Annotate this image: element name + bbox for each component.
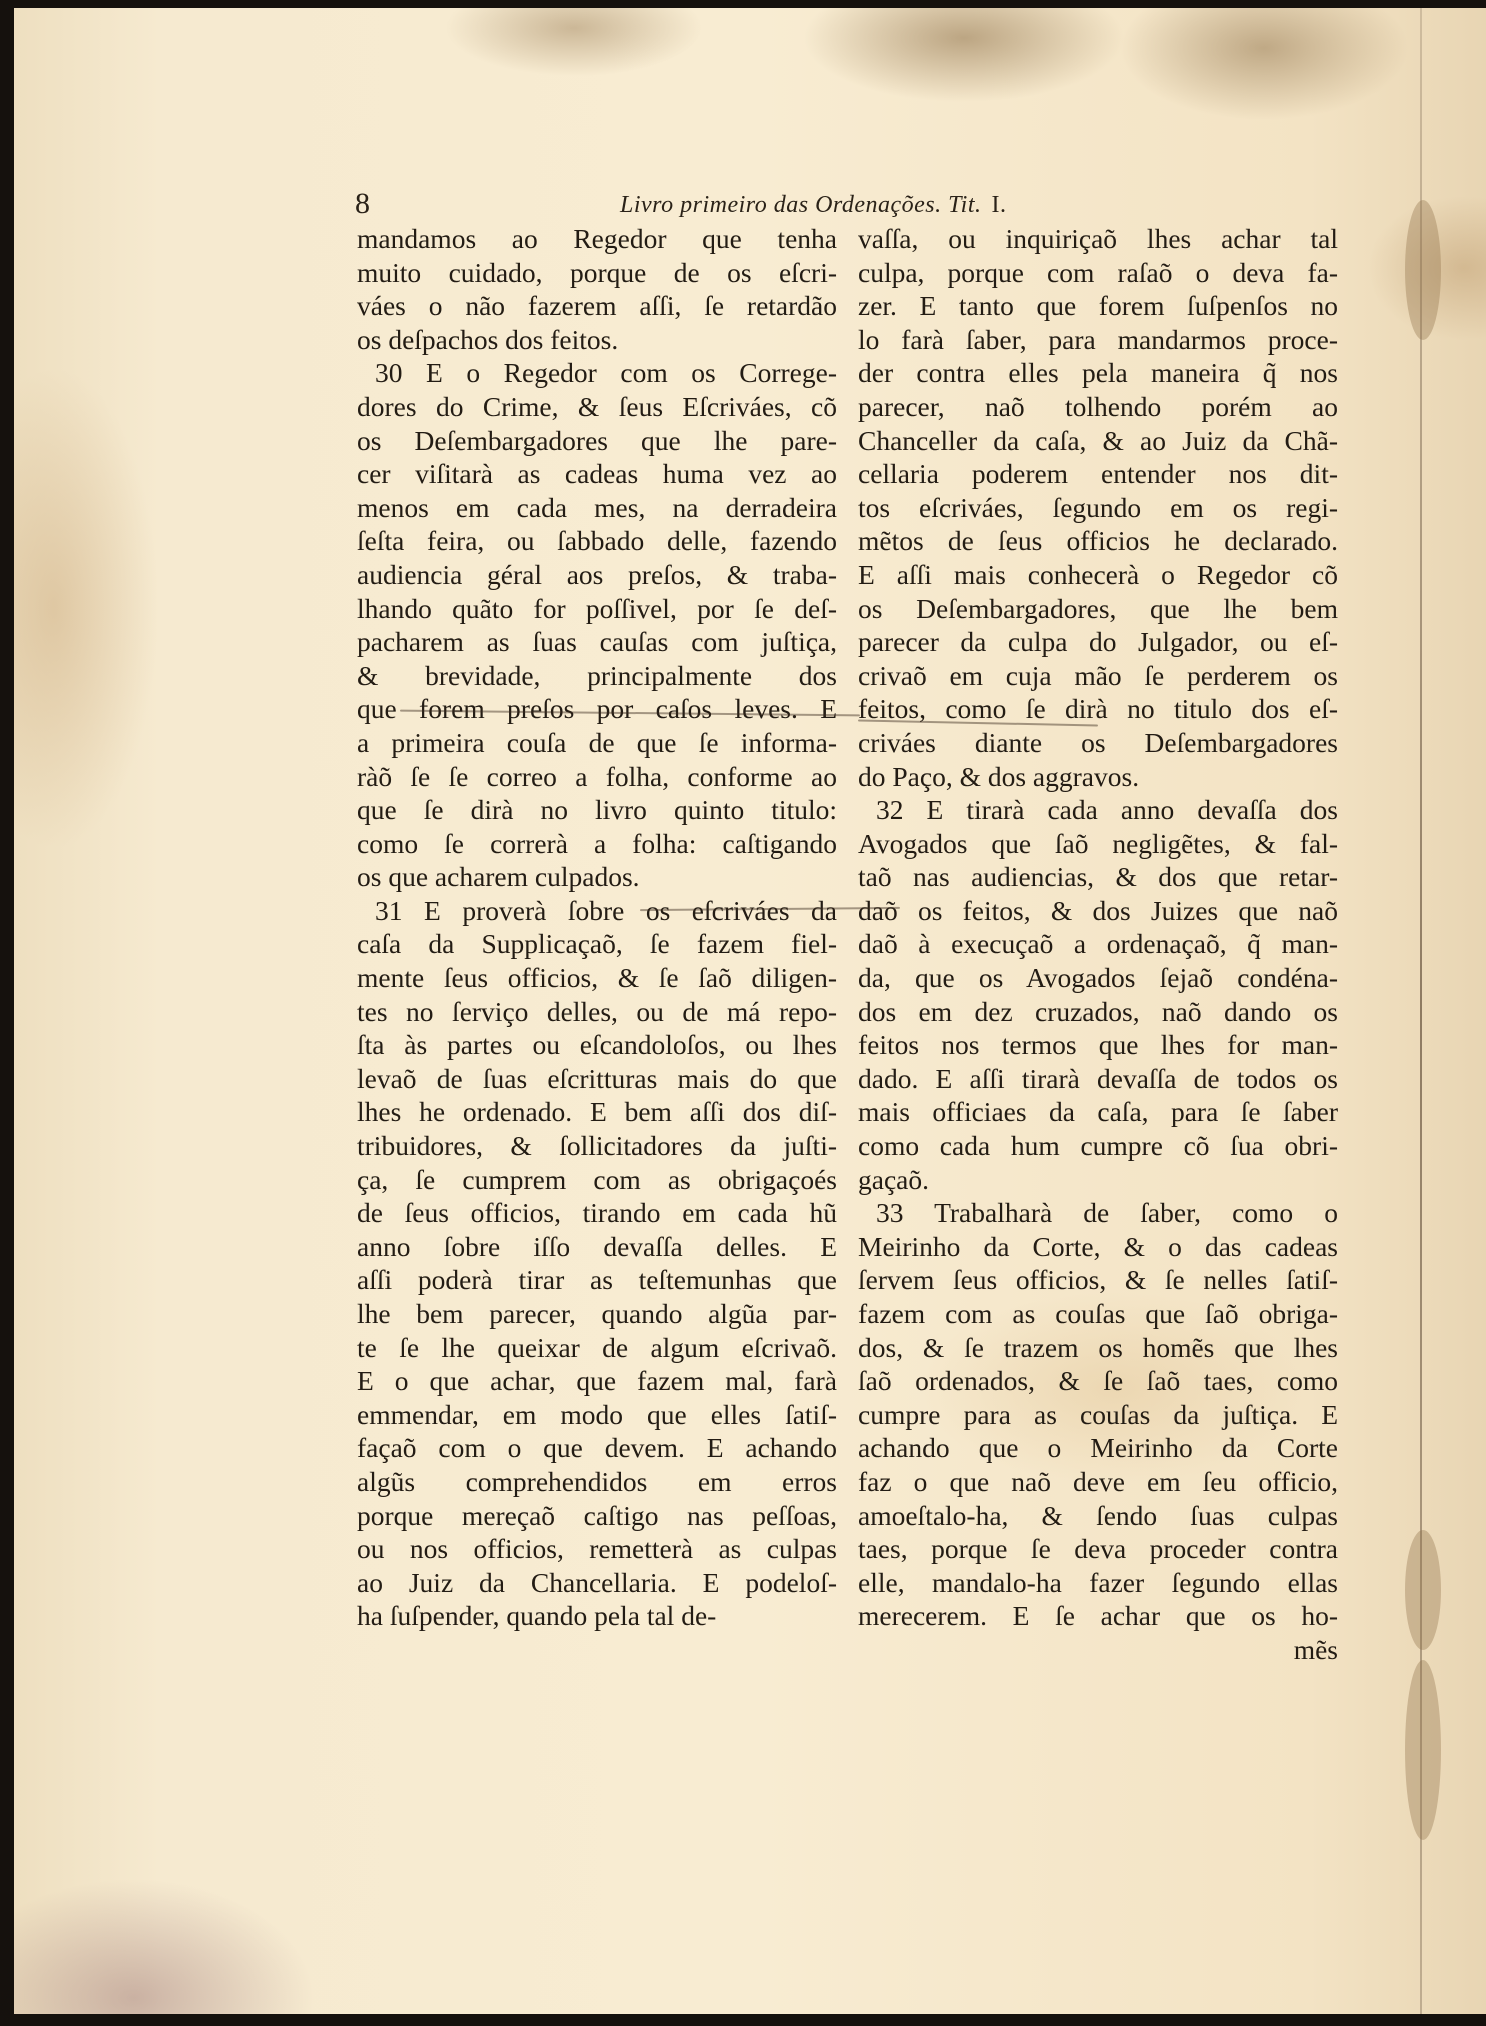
text-line: & brevidade, principalmente dos bbox=[357, 659, 837, 693]
water-stain bbox=[1405, 1530, 1441, 1650]
text-line: aſſi poderà tirar as teſtemunhas que bbox=[357, 1263, 837, 1297]
text-line: 33 Trabalharà de ſaber, como o bbox=[858, 1196, 1338, 1230]
text-line: dado. E aſſi tirarà devaſſa de todos os bbox=[858, 1062, 1338, 1096]
text-line: muito cuidado, porque de os eſcri- bbox=[357, 256, 837, 290]
text-line: faz o que naõ deve em ſeu officio, bbox=[858, 1465, 1338, 1499]
text-line: vaſſa, ou inquiriçaõ lhes achar tal bbox=[858, 222, 1338, 256]
text-line: der contra elles pela maneira q̃ nos bbox=[858, 356, 1338, 390]
page-number: 8 bbox=[355, 184, 370, 224]
text-line: mandamos ao Regedor que tenha bbox=[357, 222, 837, 256]
text-line: mais officiaes da caſa, para ſe ſaber bbox=[858, 1095, 1338, 1129]
text-line: pacharem as ſuas cauſas com juſtiça, bbox=[357, 625, 837, 659]
running-title: Livro primeiro das Ordenações. Tit.I. bbox=[620, 186, 1007, 224]
text-line: dos, & ſe trazem os homẽs que lhes bbox=[858, 1331, 1338, 1365]
text-line: elle, mandalo-ha fazer ſegundo ellas bbox=[858, 1566, 1338, 1600]
text-line: os Deſembargadores, que lhe bem bbox=[858, 592, 1338, 626]
water-stain bbox=[1405, 200, 1441, 340]
text-line: do Paço, & dos aggravos. bbox=[858, 760, 1338, 794]
text-line: os Deſembargadores que lhe pare- bbox=[357, 424, 837, 458]
text-line: da, que os Avogados ſejaõ condénа- bbox=[858, 961, 1338, 995]
right-column: vaſſa, ou inquiriçaõ lhes achar talculpa… bbox=[858, 222, 1338, 1667]
text-line: audiencia géral aos preſos, & traba- bbox=[357, 558, 837, 592]
text-line: cer viſitarà as cadeas huma vez ao bbox=[357, 457, 837, 491]
text-line: mẽs bbox=[858, 1633, 1338, 1667]
text-line: ça, ſe cumprem com as obrigaçoés bbox=[357, 1163, 837, 1197]
text-line: emmendar, em modo que elles ſatiſ- bbox=[357, 1398, 837, 1432]
text-line: como cada hum cumpre cõ ſua obri- bbox=[858, 1129, 1338, 1163]
title-number: I. bbox=[992, 192, 1007, 218]
text-line: 32 E tirarà cada anno devaſſa dos bbox=[858, 793, 1338, 827]
text-line: gaçaõ. bbox=[858, 1163, 1338, 1197]
text-line: ràõ ſe ſe correo a folha, conforme ao bbox=[357, 760, 837, 794]
text-line: lhes he ordenado. E bem aſſi dos diſ- bbox=[357, 1095, 837, 1129]
text-line: façaõ com o que devem. E achando bbox=[357, 1431, 837, 1465]
text-line: tos eſcriváes, ſegundo em os regi- bbox=[858, 491, 1338, 525]
text-line: amoeſtalo-ha, & ſendo ſuas culpas bbox=[858, 1499, 1338, 1533]
text-line: levaõ de ſuas eſcritturas mais do que bbox=[357, 1062, 837, 1096]
text-line: 31 E proverà ſobre os eſcriváes da bbox=[357, 894, 837, 928]
text-line: crivaõ em cuja mão ſe perderem os bbox=[858, 659, 1338, 693]
text-line: criváes diante os Deſembargadores bbox=[858, 726, 1338, 760]
text-line: os deſpachos dos feitos. bbox=[357, 323, 837, 357]
text-line: ſeſta feira, ou ſabbado delle, fazendo bbox=[357, 524, 837, 558]
text-line: mente ſeus officios, & ſe ſaõ diligen- bbox=[357, 961, 837, 995]
text-line: parecer da culpa do Julgador, ou eſ- bbox=[858, 625, 1338, 659]
running-title-text: Livro primeiro das Ordenações. Tit. bbox=[620, 192, 982, 218]
text-line: que ſe dirà no livro quinto titulo: bbox=[357, 793, 837, 827]
text-line: lhe bem parecer, quando algũa par- bbox=[357, 1297, 837, 1331]
text-line: taõ nas audiencias, & dos que retar- bbox=[858, 860, 1338, 894]
text-line: E aſſi mais conhecerà o Regedor cõ bbox=[858, 558, 1338, 592]
text-line: tes no ſerviço delles, ou de má repo- bbox=[357, 995, 837, 1029]
text-line: como ſe correrà a folha: caſtigando bbox=[357, 827, 837, 861]
text-line: porque mereçaõ caſtigo nas peſſoas, bbox=[357, 1499, 837, 1533]
text-line: 30 E o Regedor com os Correge- bbox=[357, 356, 837, 390]
text-line: anno ſobre iſſo devaſſa delles. E bbox=[357, 1230, 837, 1264]
text-line: ha ſuſpender, quando pela tal de- bbox=[357, 1599, 837, 1633]
text-line: ao Juiz da Chancellaria. E podeloſ- bbox=[357, 1566, 837, 1600]
text-line: taes, porque ſe deva proceder contra bbox=[858, 1532, 1338, 1566]
text-line: E o que achar, que fazem mal, farà bbox=[357, 1364, 837, 1398]
text-line: mẽtos de ſeus officios he declarado. bbox=[858, 524, 1338, 558]
text-line: lhando quãto for poſſivel, por ſe deſ- bbox=[357, 592, 837, 626]
text-line: cumpre para as couſas da juſtiça. E bbox=[858, 1398, 1338, 1432]
text-line: menos em cada mes, na derradeira bbox=[357, 491, 837, 525]
text-line: cellaria poderem entender nos dit- bbox=[858, 457, 1338, 491]
text-line: te ſe lhe queixar de algum eſcrivaõ. bbox=[357, 1331, 837, 1365]
text-line: daõ à execuçaõ a ordenaçaõ, q̃ man- bbox=[858, 927, 1338, 961]
text-line: Avogados que ſaõ negligẽtes, & fal- bbox=[858, 827, 1338, 861]
page-header: 8 Livro primeiro das Ordenações. Tit.I. bbox=[355, 184, 1345, 224]
text-line: Chanceller da caſa, & ao Juiz da Chã- bbox=[858, 424, 1338, 458]
left-column: mandamos ao Regedor que tenhamuito cuida… bbox=[357, 222, 837, 1633]
text-line: de ſeus officios, tirando em cada hũ bbox=[357, 1196, 837, 1230]
text-line: ſervem ſeus officios, & ſe nelles ſatiſ- bbox=[858, 1263, 1338, 1297]
text-line: os que acharem culpados. bbox=[357, 860, 837, 894]
text-line: Meirinho da Corte, & o das cadeas bbox=[858, 1230, 1338, 1264]
text-line: fazem com as couſas que ſaõ obriga- bbox=[858, 1297, 1338, 1331]
text-line: daõ os feitos, & dos Juizes que naõ bbox=[858, 894, 1338, 928]
text-line: váes o não fazerem aſſi, ſe retardão bbox=[357, 289, 837, 323]
water-stain bbox=[1405, 1660, 1441, 1840]
text-line: caſa da Supplicaçaõ, ſe fazem fiel- bbox=[357, 927, 837, 961]
text-line: ſta às partes ou eſcandoloſos, ou lhes bbox=[357, 1028, 837, 1062]
text-line: dores do Crime, & ſeus Eſcriváes, cõ bbox=[357, 390, 837, 424]
text-line: ou nos officios, remetterà as culpas bbox=[357, 1532, 837, 1566]
text-line: culpa, porque com raſaõ o deva fa- bbox=[858, 256, 1338, 290]
text-line: tribuidores, & ſollicitadores da juſti- bbox=[357, 1129, 837, 1163]
text-line: lo farà ſaber, para mandarmos proce- bbox=[858, 323, 1338, 357]
text-line: achando que o Meirinho da Corte bbox=[858, 1431, 1338, 1465]
text-line: merecerem. E ſe achar que os ho- bbox=[858, 1599, 1338, 1633]
text-line: parecer, naõ tolhendo porém ao bbox=[858, 390, 1338, 424]
text-line: zer. E tanto que forem ſuſpenſos no bbox=[858, 289, 1338, 323]
text-line: a primeira couſa de que ſe informa- bbox=[357, 726, 837, 760]
text-line: ſaõ ordenados, & ſe ſaõ taes, como bbox=[858, 1364, 1338, 1398]
text-line: dos em dez cruzados, naõ dando os bbox=[858, 995, 1338, 1029]
text-line: algũs comprehendidos em erros bbox=[357, 1465, 837, 1499]
text-line: feitos nos termos que lhes for man- bbox=[858, 1028, 1338, 1062]
